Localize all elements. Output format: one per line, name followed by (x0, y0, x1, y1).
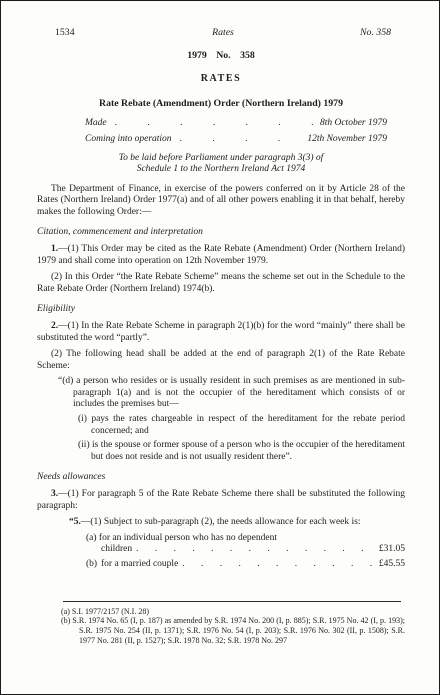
allowance-b-text: for a married couple (101, 559, 178, 571)
heading-eligibility: Eligibility (37, 304, 405, 316)
page-number: 1534 (37, 27, 167, 39)
head-d-label: “(d) (58, 376, 73, 386)
item-ii-label: (ii) (78, 440, 90, 450)
made-value: 8th October 1979 (320, 118, 387, 130)
made-label: Made (85, 118, 107, 130)
laid-notice: To be laid before Parliament under parag… (37, 153, 405, 175)
footnote-rule (63, 601, 401, 602)
heading-citation: Citation, commencement and interpretatio… (37, 227, 405, 239)
para-1-1: 1.—(1) This Order may be cited as the Ra… (37, 244, 405, 267)
allowance-a-text2: children (101, 544, 132, 556)
document-page: 1534 Rates No. 358 1979 No. 358 RATES Ra… (0, 0, 440, 695)
item-ii-text: is the spouse or former spouse of a pers… (91, 440, 405, 462)
item-i-label: (i) (78, 414, 87, 424)
allowance-item-a: (a) for an individual person who has no … (101, 533, 405, 556)
laid-line2: Schedule 1 to the Northern Ireland Act 1… (37, 164, 405, 175)
quoted-para-number: “5. (69, 517, 81, 527)
footnote-b: (b) S.R. 1974 No. 65 (I, p. 187) as amen… (79, 616, 405, 645)
dot-leader: . . . . . . . . (107, 118, 320, 130)
inserted-head-d: “(d) a person who resides or is usually … (73, 376, 405, 411)
para-text: —(1) In the Rate Rebate Scheme in paragr… (37, 321, 405, 343)
allowance-b-amount: £45.55 (379, 559, 405, 571)
allowance-item-b: (b) for a married couple . . . . . . . .… (86, 559, 405, 571)
footnote-a-label: (a) (61, 607, 70, 616)
heading-needs: Needs allowances (37, 472, 405, 484)
order-title: Rate Rebate (Amendment) Order (Northern … (37, 98, 405, 110)
para-3-1: 3.—(1) For paragraph 5 of the Rate Rebat… (37, 489, 405, 512)
footnote-a: (a) S.I. 1977/2157 (N.I. 28) (79, 607, 405, 617)
footnotes: (a) S.I. 1977/2157 (N.I. 28) (b) S.R. 19… (37, 607, 405, 646)
running-header: 1534 Rates No. 358 (37, 27, 405, 39)
allowance-a-line1: (a) for an individual person who has no … (101, 533, 405, 545)
issue-number: No. 358 (279, 27, 405, 39)
allowance-a-amount: £31.05 (379, 544, 405, 556)
quoted-para-5: “5.—(1) Subject to sub-paragraph (2), th… (58, 517, 405, 529)
inserted-item-ii: (ii) is the spouse or former spouse of a… (91, 440, 405, 463)
allowance-b-label: (b) (86, 559, 101, 571)
laid-line1: To be laid before Parliament under parag… (37, 153, 405, 164)
doc-number: 1979 No. 358 (37, 50, 405, 62)
dot-leader: . . . . . . . . . . . . . . . . (136, 544, 375, 556)
footnote-b-label: (b) (61, 616, 70, 625)
made-row: Made . . . . . . . . 8th October 1979 (85, 118, 387, 130)
allowance-a-line2: children . . . . . . . . . . . . . . . .… (101, 544, 405, 556)
para-text: —(1) This Order may be cited as the Rate… (37, 244, 405, 266)
preamble: The Department of Finance, in exercise o… (37, 184, 405, 219)
item-i-text: pays the rates chargeable in respect of … (91, 414, 405, 436)
allowance-a-text: for an individual person who has no depe… (99, 533, 277, 543)
footnote-b-text: S.R. 1974 No. 65 (I, p. 187) as amended … (72, 616, 405, 645)
operation-value: 12th November 1979 (307, 134, 387, 146)
operation-row: Coming into operation . . . . . 12th Nov… (85, 134, 387, 146)
operation-label: Coming into operation (85, 134, 172, 146)
dot-leader: . . . . . . . . . . . . . . . . (182, 559, 375, 571)
running-title: Rates (167, 27, 279, 39)
para-text: —(1) For paragraph 5 of the Rate Rebate … (37, 489, 405, 511)
inserted-item-i: (i) pays the rates chargeable in respect… (91, 414, 405, 437)
footnote-a-text: S.I. 1977/2157 (N.I. 28) (72, 607, 149, 616)
para-2-1: 2.—(1) In the Rate Rebate Scheme in para… (37, 321, 405, 344)
dot-leader: . . . . . (172, 134, 308, 146)
para-1-2: (2) In this Order “the Rate Rebate Schem… (37, 272, 405, 295)
quoted-para-text: —(1) Subject to sub-paragraph (2), the n… (81, 517, 361, 527)
head-d-text: a person who resides or is usually resid… (73, 376, 405, 409)
allowance-a-label: (a) (86, 533, 97, 543)
para-2-2: (2) The following head shall be added at… (37, 349, 405, 372)
subject-heading: RATES (37, 73, 405, 85)
